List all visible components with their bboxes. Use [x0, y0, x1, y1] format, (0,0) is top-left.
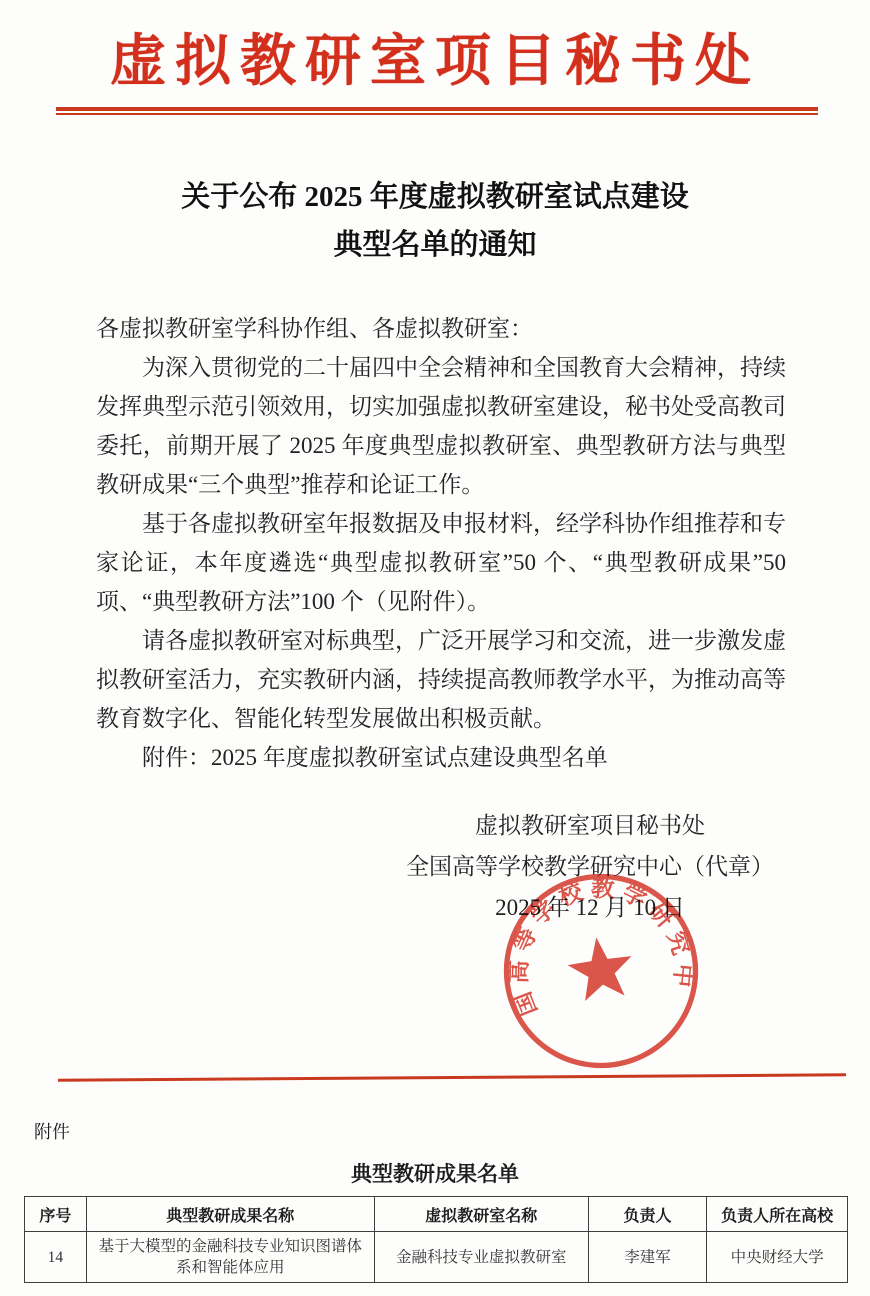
header-cell-leader: 负责人: [588, 1197, 707, 1232]
body-text: 各虚拟教研室学科协作组、各虚拟教研室： 为深入贯彻党的二十届四中全会精神和全国教…: [96, 309, 786, 777]
cell-leader: 李建军: [588, 1232, 707, 1283]
paragraph-1: 为深入贯彻党的二十届四中全会精神和全国教育大会精神，持续发挥典型示范引领效用，切…: [96, 348, 786, 504]
letterhead-divider: [56, 107, 818, 115]
cell-room-name: 金融科技专业虚拟教研室: [374, 1232, 588, 1283]
signature-issuer: 全国高等学校教学研究中心（代章）: [340, 846, 840, 887]
table-row: 14 基于大模型的金融科技专业知识图谱体系和智能体应用 金融科技专业虚拟教研室 …: [25, 1232, 848, 1283]
salutation: 各虚拟教研室学科协作组、各虚拟教研室：: [96, 309, 786, 348]
doc-title: 关于公布 2025 年度虚拟教研室试点建设 典型名单的通知: [0, 173, 870, 269]
doc-title-line2: 典型名单的通知: [0, 221, 870, 269]
header-cell-result-name: 典型教研成果名称: [86, 1197, 374, 1232]
paragraph-3: 请各虚拟教研室对标典型，广泛开展学习和交流，进一步激发虚拟教研室活力，充实教研内…: [96, 621, 786, 738]
attachment-note: 附件：2025 年度虚拟教研室试点建设典型名单: [96, 738, 786, 777]
paragraph-2: 基于各虚拟教研室年报数据及申报材料，经学科协作组推荐和专家论证，本年度遴选“典型…: [96, 504, 786, 621]
letterhead-divider-thin-line: [56, 113, 818, 115]
cell-school: 中央财经大学: [707, 1232, 848, 1283]
doc-title-line1: 关于公布 2025 年度虚拟教研室试点建设: [0, 173, 870, 221]
signature-org: 虚拟教研室项目秘书处: [340, 805, 840, 846]
header-cell-room-name: 虚拟教研室名称: [374, 1197, 588, 1232]
bottom-divider: [58, 1073, 846, 1082]
header-cell-school: 负责人所在高校: [707, 1197, 848, 1232]
attachment-label: 附件: [34, 1118, 70, 1144]
attachment-table-title: 典型教研成果名单: [0, 1158, 870, 1188]
signature-block: 虚拟教研室项目秘书处 全国高等学校教学研究中心（代章） 2025 年 12 月 …: [340, 805, 840, 928]
document-page: 虚拟教研室项目秘书处 关于公布 2025 年度虚拟教研室试点建设 典型名单的通知…: [0, 0, 870, 1296]
table-header-row: 序号 典型教研成果名称 虚拟教研室名称 负责人 负责人所在高校: [25, 1197, 848, 1232]
seal-star-icon: [564, 933, 636, 1003]
cell-result-name: 基于大模型的金融科技专业知识图谱体系和智能体应用: [86, 1232, 374, 1283]
letterhead-org-name: 虚拟教研室项目秘书处: [0, 0, 870, 99]
header-cell-no: 序号: [25, 1197, 87, 1232]
results-table: 序号 典型教研成果名称 虚拟教研室名称 负责人 负责人所在高校 14 基于大模型…: [24, 1196, 848, 1283]
cell-no: 14: [25, 1232, 87, 1283]
signature-date: 2025 年 12 月 10 日: [340, 887, 840, 928]
